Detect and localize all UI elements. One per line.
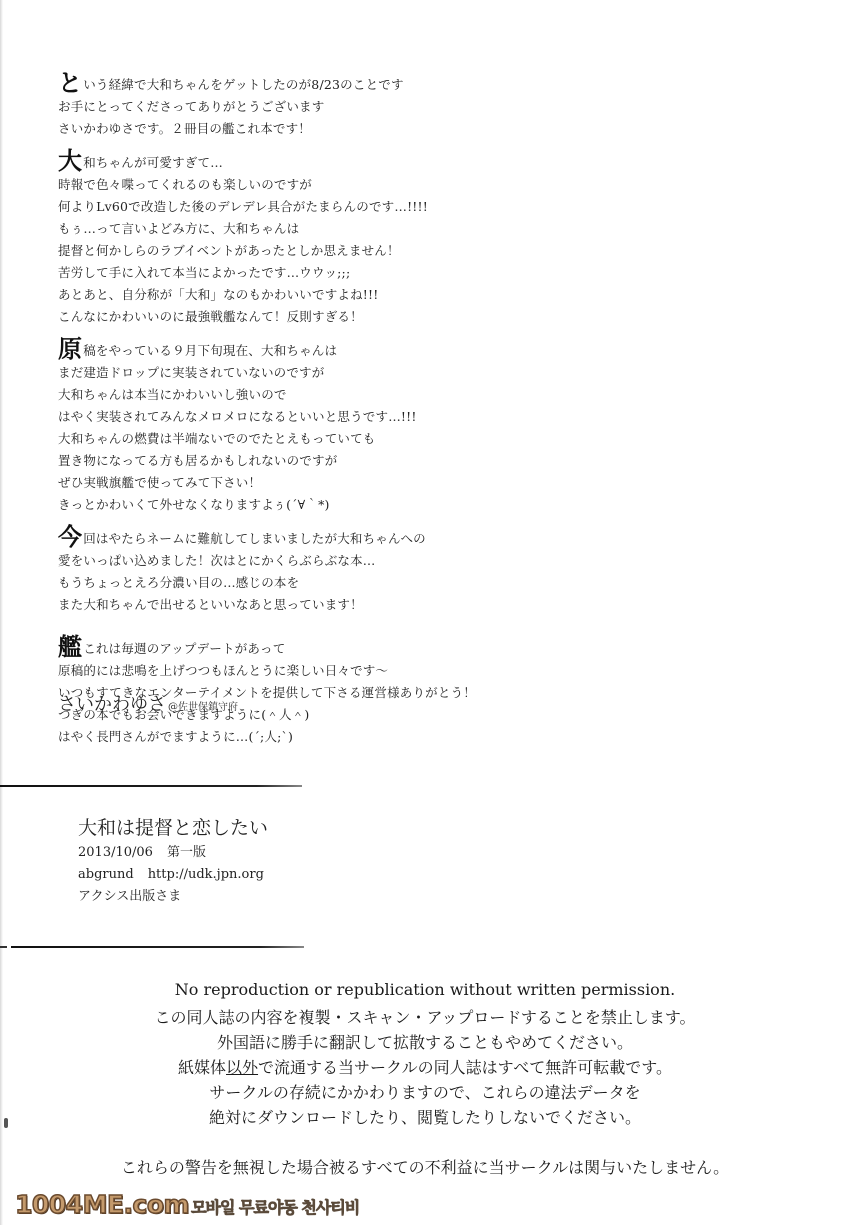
text-line: さいかわゆさです。２冊目の艦これ本です！ bbox=[58, 118, 478, 140]
colophon-bottom-rule bbox=[11, 946, 304, 948]
colophon-top-rule bbox=[0, 785, 302, 787]
rule-tick bbox=[0, 946, 7, 948]
paragraph-manuscript: 原稿をやっている９月下旬現在、大和ちゃんは まだ建造ドロップに実装されていないの… bbox=[58, 336, 478, 516]
printer: アクシス出版さま bbox=[78, 886, 268, 908]
paragraph-first-line: これは毎週のアップデートがあって bbox=[83, 641, 285, 656]
afterword-notes: という経緯で大和ちゃんをゲットしたのが8/23のことです お手にとってくださって… bbox=[58, 70, 478, 756]
dropcap: 今 bbox=[58, 522, 82, 551]
text-line: また大和ちゃんで出せるといいなあと思っています！ bbox=[58, 594, 478, 616]
text-line: もぅ…って言いよどみ方に、大和ちゃんは bbox=[58, 218, 478, 240]
text-line: まだ建造ドロップに実装されていないのですが bbox=[58, 362, 478, 384]
publication-date-line: 2013/10/06第一版 bbox=[78, 842, 268, 864]
paragraph-acquisition: という経緯で大和ちゃんをゲットしたのが8/23のことです お手にとってくださって… bbox=[58, 70, 478, 140]
dropcap: 艦 bbox=[58, 632, 82, 661]
notice-line-2: 外国語に勝手に翻訳して拡散することもやめてください。 bbox=[0, 1030, 850, 1053]
text-line: 置き物になってる方も居るかもしれないのですが bbox=[58, 450, 478, 472]
notice-line-3: 紙媒体以外で流通する当サークルの同人誌はすべて無許可転載です。 bbox=[0, 1055, 850, 1078]
watermark-subtitle: 모바일 무료야동 천사티비 bbox=[191, 1198, 359, 1217]
text-line: こんなにかわいいのに最強戦艦なんて！反則すぎる！ bbox=[58, 306, 478, 328]
text-line: もうちょっとえろ分濃い目の…感じの本を bbox=[58, 572, 478, 594]
text-line: ぜひ実戦旗艦で使ってみて下さい！ bbox=[58, 472, 478, 494]
text-line: 原稿的には悲鳴を上げつつもほんとうに楽しい日々です～ bbox=[58, 660, 478, 682]
dropcap: 大 bbox=[58, 146, 82, 175]
text-line: 提督と何かしらのラブイベントがあったとしか思えません！ bbox=[58, 240, 478, 262]
notice-line-1: この同人誌の内容を複製・スキャン・アップロードすることを禁止します。 bbox=[0, 1005, 850, 1028]
text-line: きっとかわいくて外せなくなりますよぅ(´∀｀*) bbox=[58, 494, 478, 516]
text-line: はやく実装されてみんなメロメロになるといいと思うです…!!! bbox=[58, 406, 478, 428]
author-signature: さいかわゆさ@佐世保鎮守府 bbox=[58, 690, 238, 716]
paragraph-first-line: いう経緯で大和ちゃんをゲットしたのが8/23のことです bbox=[83, 77, 403, 92]
author-name: さいかわゆさ bbox=[58, 694, 166, 715]
author-affiliation: @佐世保鎮守府 bbox=[168, 702, 238, 713]
book-title: 大和は提督と恋したい bbox=[78, 814, 268, 842]
underlined-text: 以外 bbox=[226, 1058, 258, 1077]
dropcap: 原 bbox=[58, 334, 82, 363]
text-line: 愛をいっぱい込めました！次はとにかくらぶらぶな本… bbox=[58, 550, 478, 572]
dropcap: と bbox=[58, 68, 82, 97]
text-line: 苦労して手に入れて本当によかったです…ウウッ;;; bbox=[58, 262, 478, 284]
text-line: はやく長門さんがでますように…(´;人;`) bbox=[58, 726, 478, 748]
text-line: 大和ちゃんは本当にかわいいし強いので bbox=[58, 384, 478, 406]
text-line: お手にとってくださってありがとうございます bbox=[58, 96, 478, 118]
text-line: あとあと、自分称が「大和」なのもかわいいですよね!!! bbox=[58, 284, 478, 306]
site-watermark: 1004ME.com모바일 무료야동 천사티비 bbox=[15, 1190, 359, 1219]
paragraph-first-line: 回はやたらネームに難航してしまいましたが大和ちゃんへの bbox=[83, 531, 426, 546]
circle-name: abgrund bbox=[78, 867, 134, 882]
paragraph-first-line: 和ちゃんが可愛すぎて… bbox=[83, 155, 223, 170]
notice-english: No reproduction or republication without… bbox=[0, 980, 850, 999]
text-line: 大和ちゃんの燃費は半端ないでのでたとえもっていても bbox=[58, 428, 478, 450]
publication-date: 2013/10/06 bbox=[78, 845, 153, 860]
colophon: 大和は提督と恋したい 2013/10/06第一版 abgrundhttp://u… bbox=[78, 814, 268, 908]
scan-artifact bbox=[4, 1118, 8, 1128]
text-line: 何よりLv60で改造した後のデレデレ具合がたまらんのです…!!!! bbox=[58, 196, 478, 218]
circle-line: abgrundhttp://udk.jpn.org bbox=[78, 864, 268, 886]
paragraph-this-time: 今回はやたらネームに難航してしまいましたが大和ちゃんへの 愛をいっぱい込めました… bbox=[58, 524, 478, 616]
paragraph-too-cute: 大和ちゃんが可愛すぎて… 時報で色々喋ってくれるのも楽しいのですが 何よりLv6… bbox=[58, 148, 478, 328]
paragraph-first-line: 稿をやっている９月下旬現在、大和ちゃんは bbox=[83, 343, 337, 358]
notice-line-4: サークルの存続にかかわりますので、これらの違法データを bbox=[0, 1080, 850, 1103]
watermark-logo: 1004ME.com bbox=[15, 1190, 189, 1219]
edition: 第一版 bbox=[167, 845, 206, 860]
circle-url: http://udk.jpn.org bbox=[148, 867, 264, 882]
text-line: 時報で色々喋ってくれるのも楽しいのですが bbox=[58, 174, 478, 196]
notice-line-5: 絶対にダウンロードしたり、閲覧したりしないでください。 bbox=[0, 1105, 850, 1128]
notice-line-6: これらの警告を無視した場合被るすべての不利益に当サークルは関与いたしません。 bbox=[0, 1155, 850, 1178]
